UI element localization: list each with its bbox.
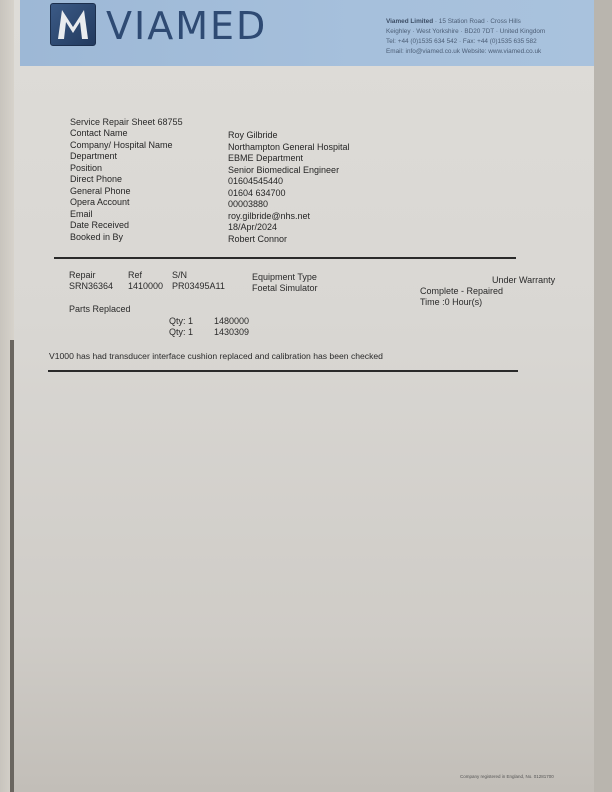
sn-header: S/N [172, 270, 187, 281]
part-qty: Qty: 1 [169, 327, 193, 338]
field-label: Position [70, 163, 173, 175]
parts-replaced-label: Parts Replaced [69, 304, 131, 315]
ref-number: 1410000 [128, 281, 163, 292]
email-value: roy.gilbride@nhs.net [228, 211, 350, 223]
field-value: Senior Biomedical Engineer [228, 165, 350, 177]
field-label: Direct Phone [70, 174, 173, 186]
repair-number: SRN36364 [69, 281, 113, 292]
part-number: 1480000 [214, 316, 249, 327]
field-value: 18/Apr/2024 [228, 222, 350, 234]
equipment-type: Foetal Simulator [252, 283, 318, 294]
ref-header: Ref [128, 270, 142, 281]
field-value: 01604545440 [228, 176, 350, 188]
field-label: Company/ Hospital Name [70, 140, 173, 152]
field-value: 00003880 [228, 199, 350, 211]
field-label: Date Received [70, 220, 173, 232]
field-label: Department [70, 151, 173, 163]
field-label: General Phone [70, 186, 173, 198]
repair-status: Complete - Repaired [420, 286, 503, 297]
background-edge [0, 0, 14, 792]
field-label: Contact Name [70, 128, 173, 140]
document-body: Service Repair Sheet 68755 Contact Name … [14, 0, 594, 792]
company-registration: Company registered in England, No. 01281… [460, 774, 554, 779]
section-divider [54, 257, 516, 259]
field-value: Robert Connor [228, 234, 350, 246]
part-qty: Qty: 1 [169, 316, 193, 327]
equipment-type-header: Equipment Type [252, 272, 317, 283]
repair-sheet-page: VIAMED Viamed Limited · 15 Station Road … [14, 0, 594, 792]
sheet-title: Service Repair Sheet 68755 [70, 117, 183, 129]
contact-field-labels: Contact Name Company/ Hospital Name Depa… [70, 128, 173, 243]
field-label: Opera Account [70, 197, 173, 209]
repair-notes: V1000 has had transducer interface cushi… [49, 351, 383, 362]
field-value: EBME Department [228, 153, 350, 165]
section-divider [48, 370, 518, 372]
warranty-status: Under Warranty [492, 275, 555, 286]
part-number: 1430309 [214, 327, 249, 338]
repair-time: Time :0 Hour(s) [420, 297, 482, 308]
repair-header: Repair [69, 270, 96, 281]
field-label: Email [70, 209, 173, 221]
contact-field-values: Roy Gilbride Northampton General Hospita… [228, 130, 350, 245]
field-value: Roy Gilbride [228, 130, 350, 142]
field-value: 01604 634700 [228, 188, 350, 200]
field-value: Northampton General Hospital [228, 142, 350, 154]
serial-number: PR03495A11 [172, 281, 225, 292]
field-label: Booked in By [70, 232, 173, 244]
